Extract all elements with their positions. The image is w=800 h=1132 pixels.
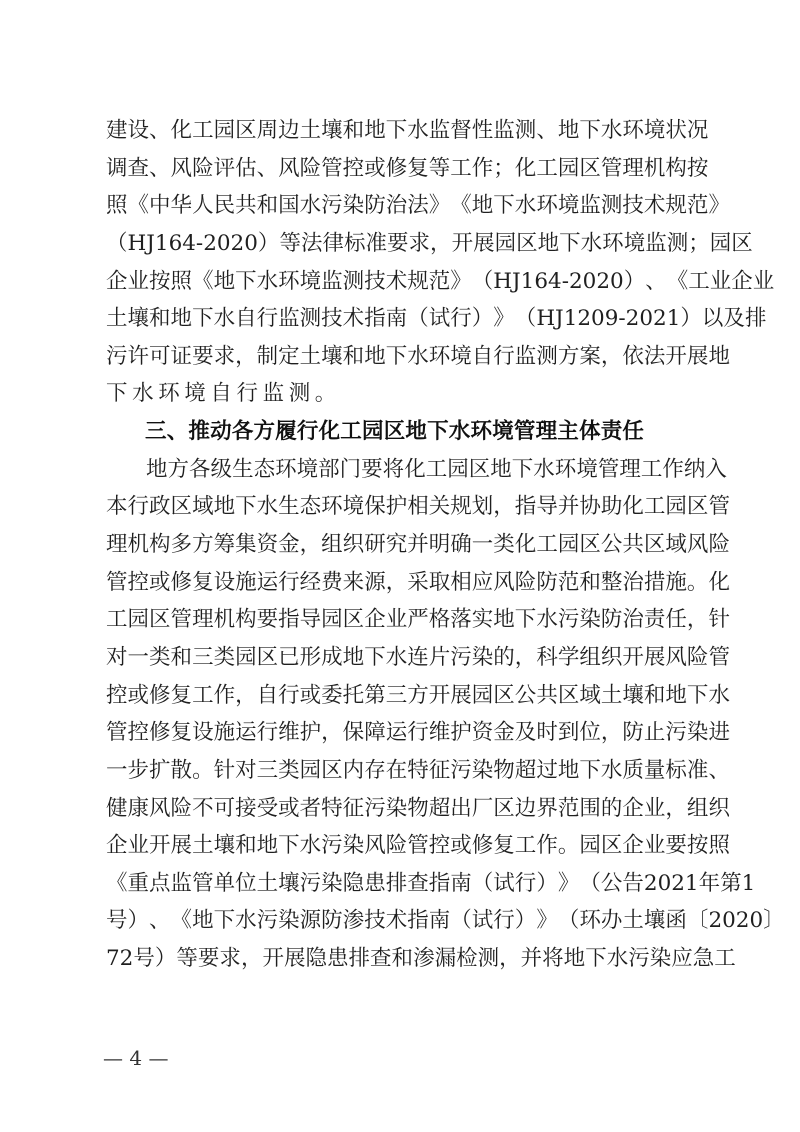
- glyph: 风: [278, 150, 300, 188]
- glyph: 下: [386, 112, 408, 150]
- glyph: 区: [171, 488, 193, 526]
- glyph: 状: [665, 112, 687, 150]
- glyph: 园: [321, 601, 343, 639]
- glyph: 多: [171, 526, 193, 564]
- glyph: 环: [429, 338, 451, 376]
- glyph: 域: [579, 677, 601, 715]
- glyph: 境: [576, 451, 598, 489]
- glyph: 区: [257, 639, 279, 677]
- glyph: 管: [708, 488, 730, 526]
- glyph: 以: [702, 300, 724, 338]
- glyph: 公: [601, 526, 623, 564]
- glyph: 存: [364, 752, 386, 790]
- glyph: 内: [343, 752, 365, 790]
- text-line: 工园区管理机构要指导园区企业严格落实地下水污染防治责任，针: [106, 601, 696, 639]
- glyph: 污: [321, 187, 343, 225]
- glyph: 污: [321, 827, 343, 865]
- glyph: 物: [407, 790, 429, 828]
- glyph: 的: [601, 790, 623, 828]
- glyph: 征: [343, 790, 365, 828]
- glyph: 园: [472, 677, 494, 715]
- glyph: 区: [321, 752, 343, 790]
- glyph: 区: [493, 677, 515, 715]
- glyph: 指: [278, 601, 300, 639]
- glyph: 监: [645, 225, 667, 263]
- glyph: 地: [343, 639, 365, 677]
- glyph: 患: [327, 940, 349, 978]
- glyph: 染: [278, 902, 300, 940]
- glyph: 行: [257, 714, 279, 752]
- glyph: 受: [257, 790, 279, 828]
- glyph: 土: [106, 300, 128, 338]
- glyph: 措: [644, 564, 666, 602]
- glyph: ）: [536, 865, 558, 903]
- glyph: 民: [214, 187, 236, 225]
- glyph: 行: [257, 300, 279, 338]
- glyph: 水: [407, 112, 429, 150]
- glyph: 行: [278, 677, 300, 715]
- glyph: 《: [667, 263, 689, 301]
- glyph: 共: [235, 187, 257, 225]
- glyph: 护: [300, 714, 322, 752]
- glyph: 纳: [684, 451, 706, 489]
- glyph: 患: [364, 865, 386, 903]
- glyph: ；: [493, 150, 515, 188]
- glyph: 染: [386, 790, 408, 828]
- glyph: 定: [278, 338, 300, 376]
- glyph: 染: [321, 865, 343, 903]
- glyph: 险: [171, 790, 193, 828]
- glyph: 连: [407, 639, 429, 677]
- glyph: 法: [407, 187, 429, 225]
- glyph: 周: [257, 112, 279, 150]
- glyph: 《: [106, 865, 128, 903]
- glyph: 位: [235, 865, 257, 903]
- glyph: 术: [343, 300, 365, 338]
- glyph: 、: [536, 112, 558, 150]
- glyph: 园: [447, 451, 469, 489]
- glyph: ，: [499, 940, 521, 978]
- glyph: 并: [407, 526, 429, 564]
- glyph: 业: [710, 263, 732, 301]
- glyph: 环: [602, 225, 624, 263]
- glyph: 资: [472, 714, 494, 752]
- glyph: 区: [469, 451, 491, 489]
- glyph: 术: [386, 263, 408, 301]
- glyph: 筹: [214, 526, 236, 564]
- page-number: — 4 —: [103, 1046, 168, 1070]
- glyph: 应: [472, 564, 494, 602]
- glyph: 学: [558, 639, 580, 677]
- glyph: 范: [429, 263, 451, 301]
- glyph: 重: [128, 865, 150, 903]
- glyph: 方: [192, 526, 214, 564]
- glyph: 修: [149, 714, 171, 752]
- glyph: 复: [493, 827, 515, 865]
- glyph: 范: [558, 564, 580, 602]
- glyph: 区: [687, 488, 709, 526]
- glyph: 来: [343, 564, 365, 602]
- glyph: 术: [644, 187, 666, 225]
- glyph: 位: [579, 714, 601, 752]
- glyph: ，: [300, 526, 322, 564]
- glyph: 风: [171, 150, 193, 188]
- glyph: 工: [641, 451, 663, 489]
- glyph: 《: [450, 187, 472, 225]
- glyph: 年: [699, 865, 721, 903]
- glyph: 经: [300, 564, 322, 602]
- glyph: 》: [708, 187, 730, 225]
- glyph: 控: [128, 564, 150, 602]
- glyph: 水: [708, 677, 730, 715]
- glyph: 况: [687, 112, 709, 150]
- glyph: 、: [708, 752, 730, 790]
- glyph: 或: [300, 677, 322, 715]
- glyph: 染: [579, 601, 601, 639]
- glyph: 技: [364, 902, 386, 940]
- glyph: 污: [364, 790, 386, 828]
- glyph: 下: [579, 752, 601, 790]
- glyph: ，: [430, 225, 452, 263]
- glyph: 。: [192, 752, 214, 790]
- glyph: 行: [515, 865, 537, 903]
- glyph: 范: [687, 187, 709, 225]
- glyph: 风: [364, 827, 386, 865]
- glyph: 规: [665, 187, 687, 225]
- glyph: 水: [515, 187, 537, 225]
- glyph: 或: [149, 564, 171, 602]
- glyph: 源: [364, 564, 386, 602]
- glyph: 要: [361, 451, 383, 489]
- glyph: 督: [450, 112, 472, 150]
- glyph: （: [407, 300, 429, 338]
- glyph: 生: [278, 488, 300, 526]
- glyph: 和: [171, 639, 193, 677]
- glyph: 地: [564, 940, 586, 978]
- glyph: 三: [192, 639, 214, 677]
- glyph: 科: [536, 639, 558, 677]
- glyph: 环: [321, 488, 343, 526]
- glyph: 污: [558, 601, 580, 639]
- glyph: 关: [429, 488, 451, 526]
- glyph: 工: [536, 150, 558, 188]
- glyph: 任: [665, 601, 687, 639]
- glyph: 等: [176, 940, 198, 978]
- glyph: 机: [128, 526, 150, 564]
- glyph: 险: [192, 150, 214, 188]
- glyph: 整: [601, 564, 623, 602]
- glyph: 开: [452, 225, 474, 263]
- glyph: 类: [214, 639, 236, 677]
- text-line: 一步扩散。针对三类园区内存在特征污染物超过地下水质量标准、: [106, 752, 696, 790]
- glyph: 地: [257, 827, 279, 865]
- glyph: 管: [106, 564, 128, 602]
- glyph: 管: [407, 827, 429, 865]
- glyph: ，: [665, 790, 687, 828]
- glyph: 险: [300, 150, 322, 188]
- paragraph-first-line: 地方各级生态环境部门要将化工园区地下水环境管理工作纳入: [106, 451, 696, 489]
- glyph: 开: [149, 827, 171, 865]
- glyph: 下: [278, 827, 300, 865]
- glyph: 构: [665, 150, 687, 188]
- glyph: 公: [515, 677, 537, 715]
- glyph: 园: [558, 150, 580, 188]
- glyph: 园: [558, 526, 580, 564]
- glyph: 地: [214, 263, 236, 301]
- glyph: 园: [300, 752, 322, 790]
- glyph: 防: [601, 601, 623, 639]
- glyph: 修: [386, 150, 408, 188]
- glyph: 或: [450, 827, 472, 865]
- glyph: 源: [300, 902, 322, 940]
- glyph: 准: [366, 225, 388, 263]
- glyph: 工: [106, 601, 128, 639]
- glyph: 和: [343, 338, 365, 376]
- glyph: 业: [386, 601, 408, 639]
- glyph: 维: [278, 714, 300, 752]
- glyph: 工: [450, 150, 472, 188]
- glyph: 设: [214, 564, 236, 602]
- glyph: 标: [344, 225, 366, 263]
- glyph: 区: [516, 225, 538, 263]
- glyph: 水: [533, 451, 555, 489]
- glyph: 复: [407, 150, 429, 188]
- glyph: 区: [579, 150, 601, 188]
- glyph: 行: [450, 300, 472, 338]
- glyph: 共: [622, 526, 644, 564]
- glyph: 企: [106, 827, 128, 865]
- glyph: 术: [386, 902, 408, 940]
- glyph: 境: [343, 488, 365, 526]
- glyph: 等: [279, 225, 301, 263]
- glyph: 南: [429, 902, 451, 940]
- glyph: 可: [149, 338, 171, 376]
- text-line: 照《中华人民共和国水污染防治法》《地下水环境监测技术规范》: [106, 187, 696, 225]
- glyph: HJ: [536, 300, 563, 338]
- glyph: 土: [601, 677, 623, 715]
- glyph: 维: [429, 714, 451, 752]
- glyph: 共: [536, 677, 558, 715]
- glyph: 染: [687, 714, 709, 752]
- glyph: 地: [214, 488, 236, 526]
- glyph: 控: [106, 677, 128, 715]
- glyph: 《: [192, 263, 214, 301]
- glyph: 水: [536, 601, 558, 639]
- glyph: 出: [450, 790, 472, 828]
- glyph: 征: [429, 752, 451, 790]
- glyph: 检: [456, 940, 478, 978]
- glyph: 及: [515, 714, 537, 752]
- glyph: 作: [214, 677, 236, 715]
- text-line: （HJ164-2020）等法律标准要求，开展园区地下水环境监测；园区: [106, 225, 696, 263]
- glyph: 展: [284, 940, 306, 978]
- glyph: 境: [624, 225, 646, 263]
- glyph: 工: [515, 827, 537, 865]
- glyph: 开: [429, 677, 451, 715]
- glyph: 查: [370, 940, 392, 978]
- glyph: 要: [665, 827, 687, 865]
- glyph: 、: [149, 902, 171, 940]
- glyph: 水: [601, 112, 623, 150]
- glyph: 障: [364, 714, 386, 752]
- glyph: 自: [472, 338, 494, 376]
- glyph: 和: [579, 564, 601, 602]
- glyph: 时: [536, 714, 558, 752]
- text-line: 管控或修复设施运行经费来源，采取相应风险防范和整治措施。化: [106, 564, 696, 602]
- glyph: 2020: [708, 902, 763, 940]
- glyph: 自: [257, 677, 279, 715]
- glyph: 技: [364, 263, 386, 301]
- glyph: 态: [300, 488, 322, 526]
- glyph: 证: [171, 338, 193, 376]
- glyph: 环: [622, 112, 644, 150]
- glyph: 方: [168, 451, 190, 489]
- text-line: 控或修复工作，自行或委托第三方开展园区公共区域土壤和地下水: [106, 677, 696, 715]
- glyph: 等: [429, 150, 451, 188]
- glyph: 治: [622, 564, 644, 602]
- glyph: 复: [171, 714, 193, 752]
- glyph: 要: [387, 225, 409, 263]
- glyph: 下: [493, 187, 515, 225]
- glyph: 格: [429, 601, 451, 639]
- glyph: 中: [149, 187, 171, 225]
- glyph: 号: [106, 902, 128, 940]
- glyph: 试: [429, 300, 451, 338]
- glyph: 、: [257, 150, 279, 188]
- glyph: 要: [198, 940, 220, 978]
- glyph: 环: [278, 263, 300, 301]
- glyph: 水: [386, 639, 408, 677]
- glyph: 织: [343, 526, 365, 564]
- glyph: 依: [622, 338, 644, 376]
- glyph: 污: [665, 714, 687, 752]
- glyph: 下: [364, 639, 386, 677]
- glyph: HJ: [128, 225, 155, 263]
- glyph: 部: [318, 451, 340, 489]
- glyph: 施: [235, 564, 257, 602]
- glyph: 管: [321, 150, 343, 188]
- glyph: 研: [364, 526, 386, 564]
- glyph: 止: [644, 714, 666, 752]
- glyph: 各: [189, 451, 211, 489]
- glyph: ）: [155, 940, 177, 978]
- glyph: 展: [644, 639, 666, 677]
- glyph: 染: [650, 940, 672, 978]
- glyph: 案: [579, 338, 601, 376]
- glyph: 形: [300, 639, 322, 677]
- glyph: 设: [192, 714, 214, 752]
- glyph: 复: [192, 564, 214, 602]
- glyph: 1209-2021: [564, 300, 681, 338]
- glyph: 采: [407, 564, 429, 602]
- glyph: 境: [300, 263, 322, 301]
- glyph: 监: [278, 300, 300, 338]
- glyph: 环: [536, 187, 558, 225]
- glyph: 特: [321, 790, 343, 828]
- glyph: 水: [407, 338, 429, 376]
- glyph: 片: [429, 639, 451, 677]
- glyph: 下: [559, 225, 581, 263]
- glyph: 下: [235, 488, 257, 526]
- glyph: 和: [343, 112, 365, 150]
- glyph: 工: [192, 677, 214, 715]
- glyph: 境: [450, 338, 472, 376]
- glyph: 水: [300, 827, 322, 865]
- glyph: 取: [429, 564, 451, 602]
- glyph: 测: [300, 300, 322, 338]
- glyph: 保: [364, 488, 386, 526]
- glyph: ，: [601, 714, 623, 752]
- glyph: 企: [731, 263, 753, 301]
- glyph: 企: [364, 601, 386, 639]
- glyph: 土: [192, 827, 214, 865]
- glyph: 类: [493, 526, 515, 564]
- body-text: 建设、化工园区周边土壤和地下水监督性监测、地下水环境状况 调查、风险评估、风险管…: [106, 112, 696, 978]
- document-page: 建设、化工园区周边土壤和地下水监督性监测、地下水环境状况 调查、风险评估、风险管…: [0, 0, 800, 1132]
- glyph: 试: [472, 902, 494, 940]
- glyph: 告: [622, 865, 644, 903]
- glyph: 测: [601, 187, 623, 225]
- glyph: 下: [687, 677, 709, 715]
- glyph: 政: [149, 488, 171, 526]
- glyph: 排: [349, 940, 371, 978]
- glyph: 管: [708, 639, 730, 677]
- glyph: 特: [407, 752, 429, 790]
- glyph: 估: [235, 150, 257, 188]
- glyph: 》: [450, 263, 472, 301]
- glyph: 水: [300, 187, 322, 225]
- glyph: 染: [343, 187, 365, 225]
- glyph: 运: [235, 714, 257, 752]
- glyph: 》: [536, 902, 558, 940]
- glyph: 步: [128, 752, 150, 790]
- glyph: 污: [450, 639, 472, 677]
- glyph: 评: [214, 150, 236, 188]
- glyph: 健: [106, 790, 128, 828]
- glyph: 责: [644, 601, 666, 639]
- glyph: 隐: [343, 865, 365, 903]
- glyph: 排: [386, 865, 408, 903]
- glyph: 一: [128, 639, 150, 677]
- glyph: 指: [407, 902, 429, 940]
- glyph: 开: [622, 639, 644, 677]
- glyph: 水: [581, 225, 603, 263]
- glyph: 金: [278, 526, 300, 564]
- glyph: 防: [321, 902, 343, 940]
- glyph: 72: [106, 940, 133, 978]
- glyph: 公: [601, 865, 623, 903]
- glyph: 明: [429, 526, 451, 564]
- glyph: 物: [493, 752, 515, 790]
- glyph: 漏: [435, 940, 457, 978]
- glyph: 金: [493, 714, 515, 752]
- glyph: 者: [300, 790, 322, 828]
- glyph: 助: [601, 488, 623, 526]
- glyph: ，: [687, 601, 709, 639]
- glyph: 水: [607, 940, 629, 978]
- glyph: 界: [536, 790, 558, 828]
- glyph: 监: [171, 865, 193, 903]
- glyph: 及: [723, 300, 745, 338]
- glyph: 将: [542, 940, 564, 978]
- glyph: 风: [493, 564, 515, 602]
- glyph: 》: [493, 300, 515, 338]
- glyph: 行: [493, 902, 515, 940]
- glyph: 导: [536, 488, 558, 526]
- glyph: 展: [171, 827, 193, 865]
- glyph: 修: [472, 827, 494, 865]
- glyph: 染: [472, 752, 494, 790]
